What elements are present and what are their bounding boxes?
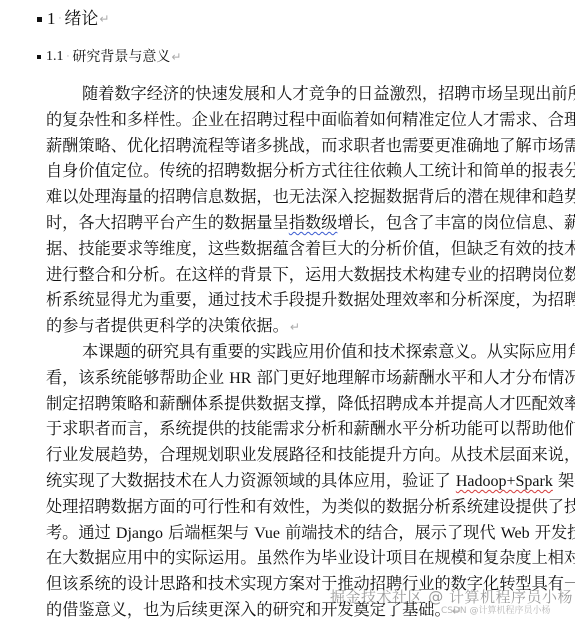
text-line: 进行整合和分析。在这样的背景下，运用大数据技术构建专业的招聘岗位数据分 (46, 262, 534, 288)
heading-2-title: 研究背景与意义 (72, 47, 170, 67)
text-line: 制定招聘策略和薪酬体系提供数据支撑，降低招聘成本并提高人才匹配效率。对 (46, 391, 534, 417)
text-segment: 的参与者提供更科学的决策依据。 (46, 316, 289, 335)
text-line: 处理招聘数据方面的可行性和有效性，为类似的数据分析系统建设提供了技术参 (46, 494, 534, 520)
text-line: 析系统显得尤为重要，通过技术手段提升数据处理效率和分析深度，为招聘市场 (46, 287, 534, 313)
heading-bullet-icon (37, 17, 42, 22)
text-segment: 前端技术的结合，展示了现代 (280, 523, 501, 542)
paragraph-mark-icon: ↵ (171, 47, 181, 67)
text-line: 的参与者提供更科学的决策依据。↵ (46, 313, 534, 339)
text-segment: 增长，包含了丰富的岗位信息、薪酬数 (337, 213, 575, 232)
text-line: 本课题的研究具有重要的实践应用价值和技术探索意义。从实际应用角度来 (46, 339, 534, 365)
space-mark: · (59, 8, 62, 30)
text-segment: 考。通过 (46, 523, 116, 542)
text-segment: 看，该系统能够帮助企业 (46, 368, 229, 387)
watermark-csdn: CSDN @计算机程序员小杨 (441, 603, 551, 616)
heading-1-title: 绪论 (64, 8, 98, 30)
text-segment: 后端框架与 (163, 523, 254, 542)
heading-2-number: 1.1 (46, 47, 64, 67)
text-segment: 架构在 (553, 471, 575, 490)
space-mark: · (67, 47, 70, 67)
text-line: 自身价值定位。传统的招聘数据分析方式往往依赖人工统计和简单的报表分析， (46, 158, 534, 184)
spelling-flagged-word[interactable]: Hadoop+Spark (456, 473, 553, 490)
text-line: 统实现了大数据技术在人力资源领域的具体应用，验证了 Hadoop+Spark 架… (46, 468, 534, 494)
text-line: 薪酬策略、优化招聘流程等诸多挑战，而求职者也需要更准确地了解市场需求和 (46, 133, 534, 159)
heading-2: 1.1 · 研究背景与意义 ↵ (37, 47, 181, 67)
text-line: 难以处理海量的招聘信息数据，也无法深入挖掘数据背后的潜在规律和趋势。同 (46, 184, 534, 210)
grammar-flagged-word[interactable]: 指数级 (289, 213, 338, 232)
paragraph-1[interactable]: 随着数字经济的快速发展和人才竞争的日益激烈，招聘市场呈现出前所未有 的复杂性和多… (46, 81, 534, 339)
text-line: 看，该系统能够帮助企业 HR 部门更好地理解市场薪酬水平和人才分布情况，为 (46, 365, 534, 391)
text-line: 行业发展趋势，合理规划职业发展路径和技能提升方向。从技术层面来说，本系 (46, 442, 534, 468)
text-line: 的复杂性和多样性。企业在招聘过程中面临着如何精准定位人才需求、合理制定 (46, 107, 534, 133)
heading-1: 1 · 绪论 ↵ (37, 8, 109, 30)
text-segment: 开发技术 (530, 523, 575, 542)
text-segment: 部门更好地理解市场薪酬水平和人才分布情况，为 (251, 368, 575, 387)
paragraph-mark-icon: ↵ (99, 8, 109, 30)
paragraph-mark-icon: ↵ (290, 320, 300, 334)
latin-term: Web (501, 525, 530, 542)
text-line: 考。通过 Django 后端框架与 Vue 前端技术的结合，展示了现代 Web … (46, 520, 534, 546)
text-line: 随着数字经济的快速发展和人才竞争的日益激烈，招聘市场呈现出前所未有 (46, 81, 534, 107)
latin-term: Django (116, 525, 163, 542)
text-segment: 统实现了大数据技术在人力资源领域的具体应用，验证了 (46, 471, 456, 490)
text-line: 于求职者而言，系统提供的技能需求分析和薪酬水平分析功能可以帮助他们了解 (46, 416, 534, 442)
latin-term: Vue (254, 525, 280, 542)
text-line: 在大数据应用中的实际运用。虽然作为毕业设计项目在规模和复杂度上相对有限， (46, 545, 534, 571)
latin-term: HR (229, 370, 251, 387)
text-line: 时，各大招聘平台产生的数据量呈指数级增长，包含了丰富的岗位信息、薪酬数 (46, 210, 534, 236)
paragraph-2[interactable]: 本课题的研究具有重要的实践应用价值和技术探索意义。从实际应用角度来 看，该系统能… (46, 339, 534, 620)
heading-1-number: 1 (47, 8, 56, 30)
text-line: 据、技能要求等维度，这些数据蕴含着巨大的分析价值，但缺乏有效的技术手段 (46, 236, 534, 262)
heading-bullet-icon (37, 55, 41, 59)
text-segment: 时，各大招聘平台产生的数据量呈 (46, 213, 289, 232)
